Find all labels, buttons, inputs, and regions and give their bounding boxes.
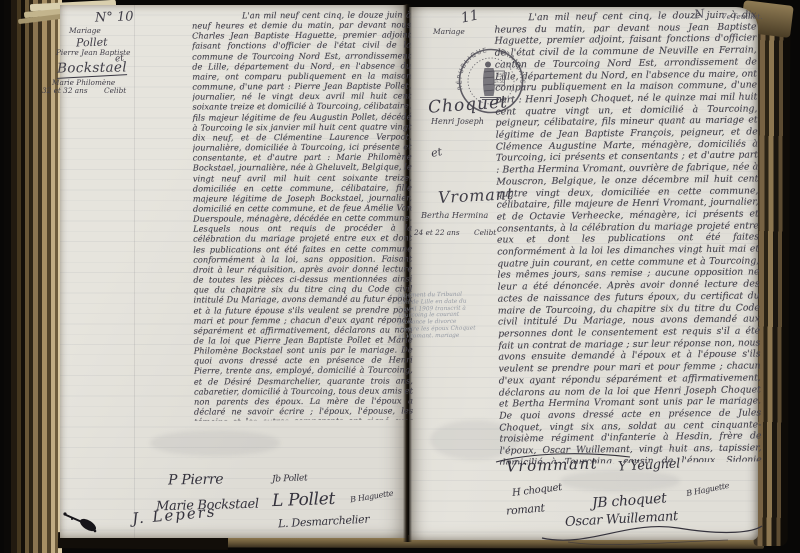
right-act-body-text: L'an mil neuf cent cinq, le douze juin à… [494, 9, 762, 464]
signature: P Pierre [168, 472, 224, 489]
left-act-body-text: L'an mil neuf cent cinq, le douze juin à… [192, 9, 413, 420]
show-through-smudge [150, 430, 280, 456]
signature: L Pollet [272, 489, 336, 511]
act-number: N° 10 [95, 9, 134, 25]
signature-flourish [538, 518, 766, 546]
signature: Vrommant [506, 454, 599, 475]
groom-given-names: Henri Joseph [431, 117, 484, 126]
margin-act-type: Mariage [69, 26, 101, 35]
bride-given-names: Bertha Hermina [421, 210, 488, 220]
ages-note: 24 et 22 ans [414, 228, 460, 237]
ages-note: 32 et 32 ans [42, 86, 88, 95]
marginal-divorce-annotation: Jugement du Tribunal civil de Lille en d… [398, 291, 493, 340]
status-note: Celibt [104, 86, 126, 95]
et-connector: et [430, 145, 443, 160]
status-note: Celibt [474, 228, 496, 237]
margin-act-type: Mariage [433, 27, 465, 36]
signature: Jb Pollet [272, 473, 308, 484]
register-photo: N° 10 Mariage Pollet Pierre Jean Baptist… [0, 0, 800, 553]
bride-surname: Bockstael [57, 59, 127, 77]
ink-blot [58, 503, 104, 537]
